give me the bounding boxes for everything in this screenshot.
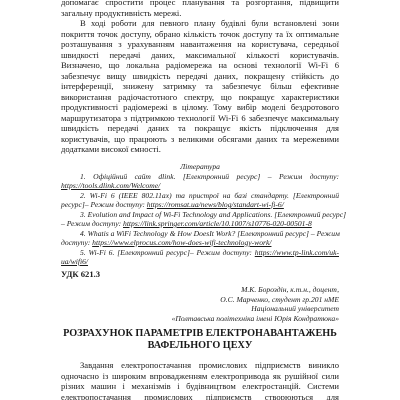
reference-4-text: 4. Whatis a WiFi Technology & How DoesIt…	[80, 229, 339, 239]
reference-2: ресурс]– Режим доступу: https://romsat.u…	[61, 200, 339, 210]
author-2: О.С. Марченко, студент гр.201 нМЕ	[61, 295, 339, 305]
body-line: маршрутизатора з підтримкою технології W…	[61, 113, 339, 123]
reference-4: доступу: https://www.elprocus.com/how-do…	[61, 238, 339, 248]
affiliation-line-1: Національний університет	[61, 304, 339, 314]
body-line: загальну продуктивність мережі.	[61, 8, 339, 18]
body-line: Визначено, що локальна радіомережа на ос…	[61, 60, 339, 70]
reference-3-link[interactable]: https://link.springer.com/article/10.100…	[123, 219, 312, 228]
body-line: В ході роботи для певного плану будівлі …	[80, 18, 339, 28]
reference-5: 5. Wi-Fi 6. [Електронний ресурс]– Режим …	[80, 248, 339, 258]
reference-1-text: 1. Офіційний сайт dlink. [Електронний ре…	[80, 172, 339, 182]
reference-4-link[interactable]: https://www.elprocus.com/how-does-wifi-t…	[92, 238, 271, 247]
document-page: допомагає спростити процес планування та…	[0, 0, 400, 400]
body-line: користувачів, що працюють з великими обс…	[61, 134, 339, 144]
article-title-line-1: РОЗРАХУНОК ПАРАМЕТРІВ ЕЛЕКТРОНАВАНТАЖЕНЬ	[61, 328, 339, 340]
reference-5-link-cont[interactable]: ua/wifi6/	[61, 257, 88, 266]
body-line: використання радіочастотного спектру, що…	[61, 92, 339, 102]
body-line: одночасно із широким впровадженням елект…	[61, 371, 339, 381]
reference-2-text: 2. Wi-Fi 6 (IEEE 802.11ax) та пристрої н…	[80, 191, 339, 201]
body-line: електропостачання промислових підприємст…	[61, 392, 339, 400]
udc-code: УДК 621.3	[61, 269, 339, 279]
reference-5-cont: ua/wifi6/	[61, 257, 339, 267]
reference-2-link[interactable]: https://romsat.ua/news/blog/standart-wi-…	[147, 200, 284, 209]
body-line: забезпечує вищу швидкість передачі даних…	[61, 71, 339, 81]
reference-1-link[interactable]: https://tools.dlink.com/Welcome/	[61, 181, 160, 190]
reference-3-prefix: – Режим доступу:	[61, 219, 123, 228]
reference-1: https://tools.dlink.com/Welcome/	[61, 181, 339, 191]
reference-5-prefix: 5. Wi-Fi 6. [Електронний ресурс]– Режим …	[80, 248, 255, 257]
body-line: інтерференції, знижену затримку та забез…	[61, 81, 339, 91]
reference-5-link[interactable]: https://www.tp-link.com/uk-	[255, 248, 339, 257]
reference-4-prefix: доступу:	[61, 238, 92, 247]
reference-3: – Режим доступу: https://link.springer.c…	[61, 219, 339, 229]
body-line: допомагає спростити процес планування та…	[61, 0, 339, 7]
body-line: додатками високої ємності.	[61, 144, 339, 154]
body-line: Завдання електропостачання промислових п…	[80, 360, 339, 370]
body-line: розташування з урахуванням навантаження …	[61, 39, 339, 49]
reference-3-text: 3. Evolution and Impact of Wi-Fi Technol…	[80, 210, 339, 220]
body-line: покриття точок доступу, обрано кількість…	[61, 29, 339, 39]
article-title-line-2: ВАФЕЛЬНОГО ЦЕХУ	[61, 340, 339, 352]
body-line: продуктивності радіомережі в цілому. Том…	[61, 102, 339, 112]
author-1: М.К. Бороздін, к.т.н., доцент,	[61, 285, 339, 295]
references-heading: Література	[61, 162, 339, 172]
affiliation-line-2: «Полтавська політехніка імені Юрія Кондр…	[61, 314, 339, 324]
body-line: швидкість передачі даних та покращує які…	[61, 123, 339, 133]
reference-2-prefix: ресурс]– Режим доступу:	[61, 200, 147, 209]
body-line: швидкості передачі даних, максимальної к…	[61, 50, 339, 60]
body-line: різних машин і механізмів і будівництвом…	[61, 381, 339, 391]
